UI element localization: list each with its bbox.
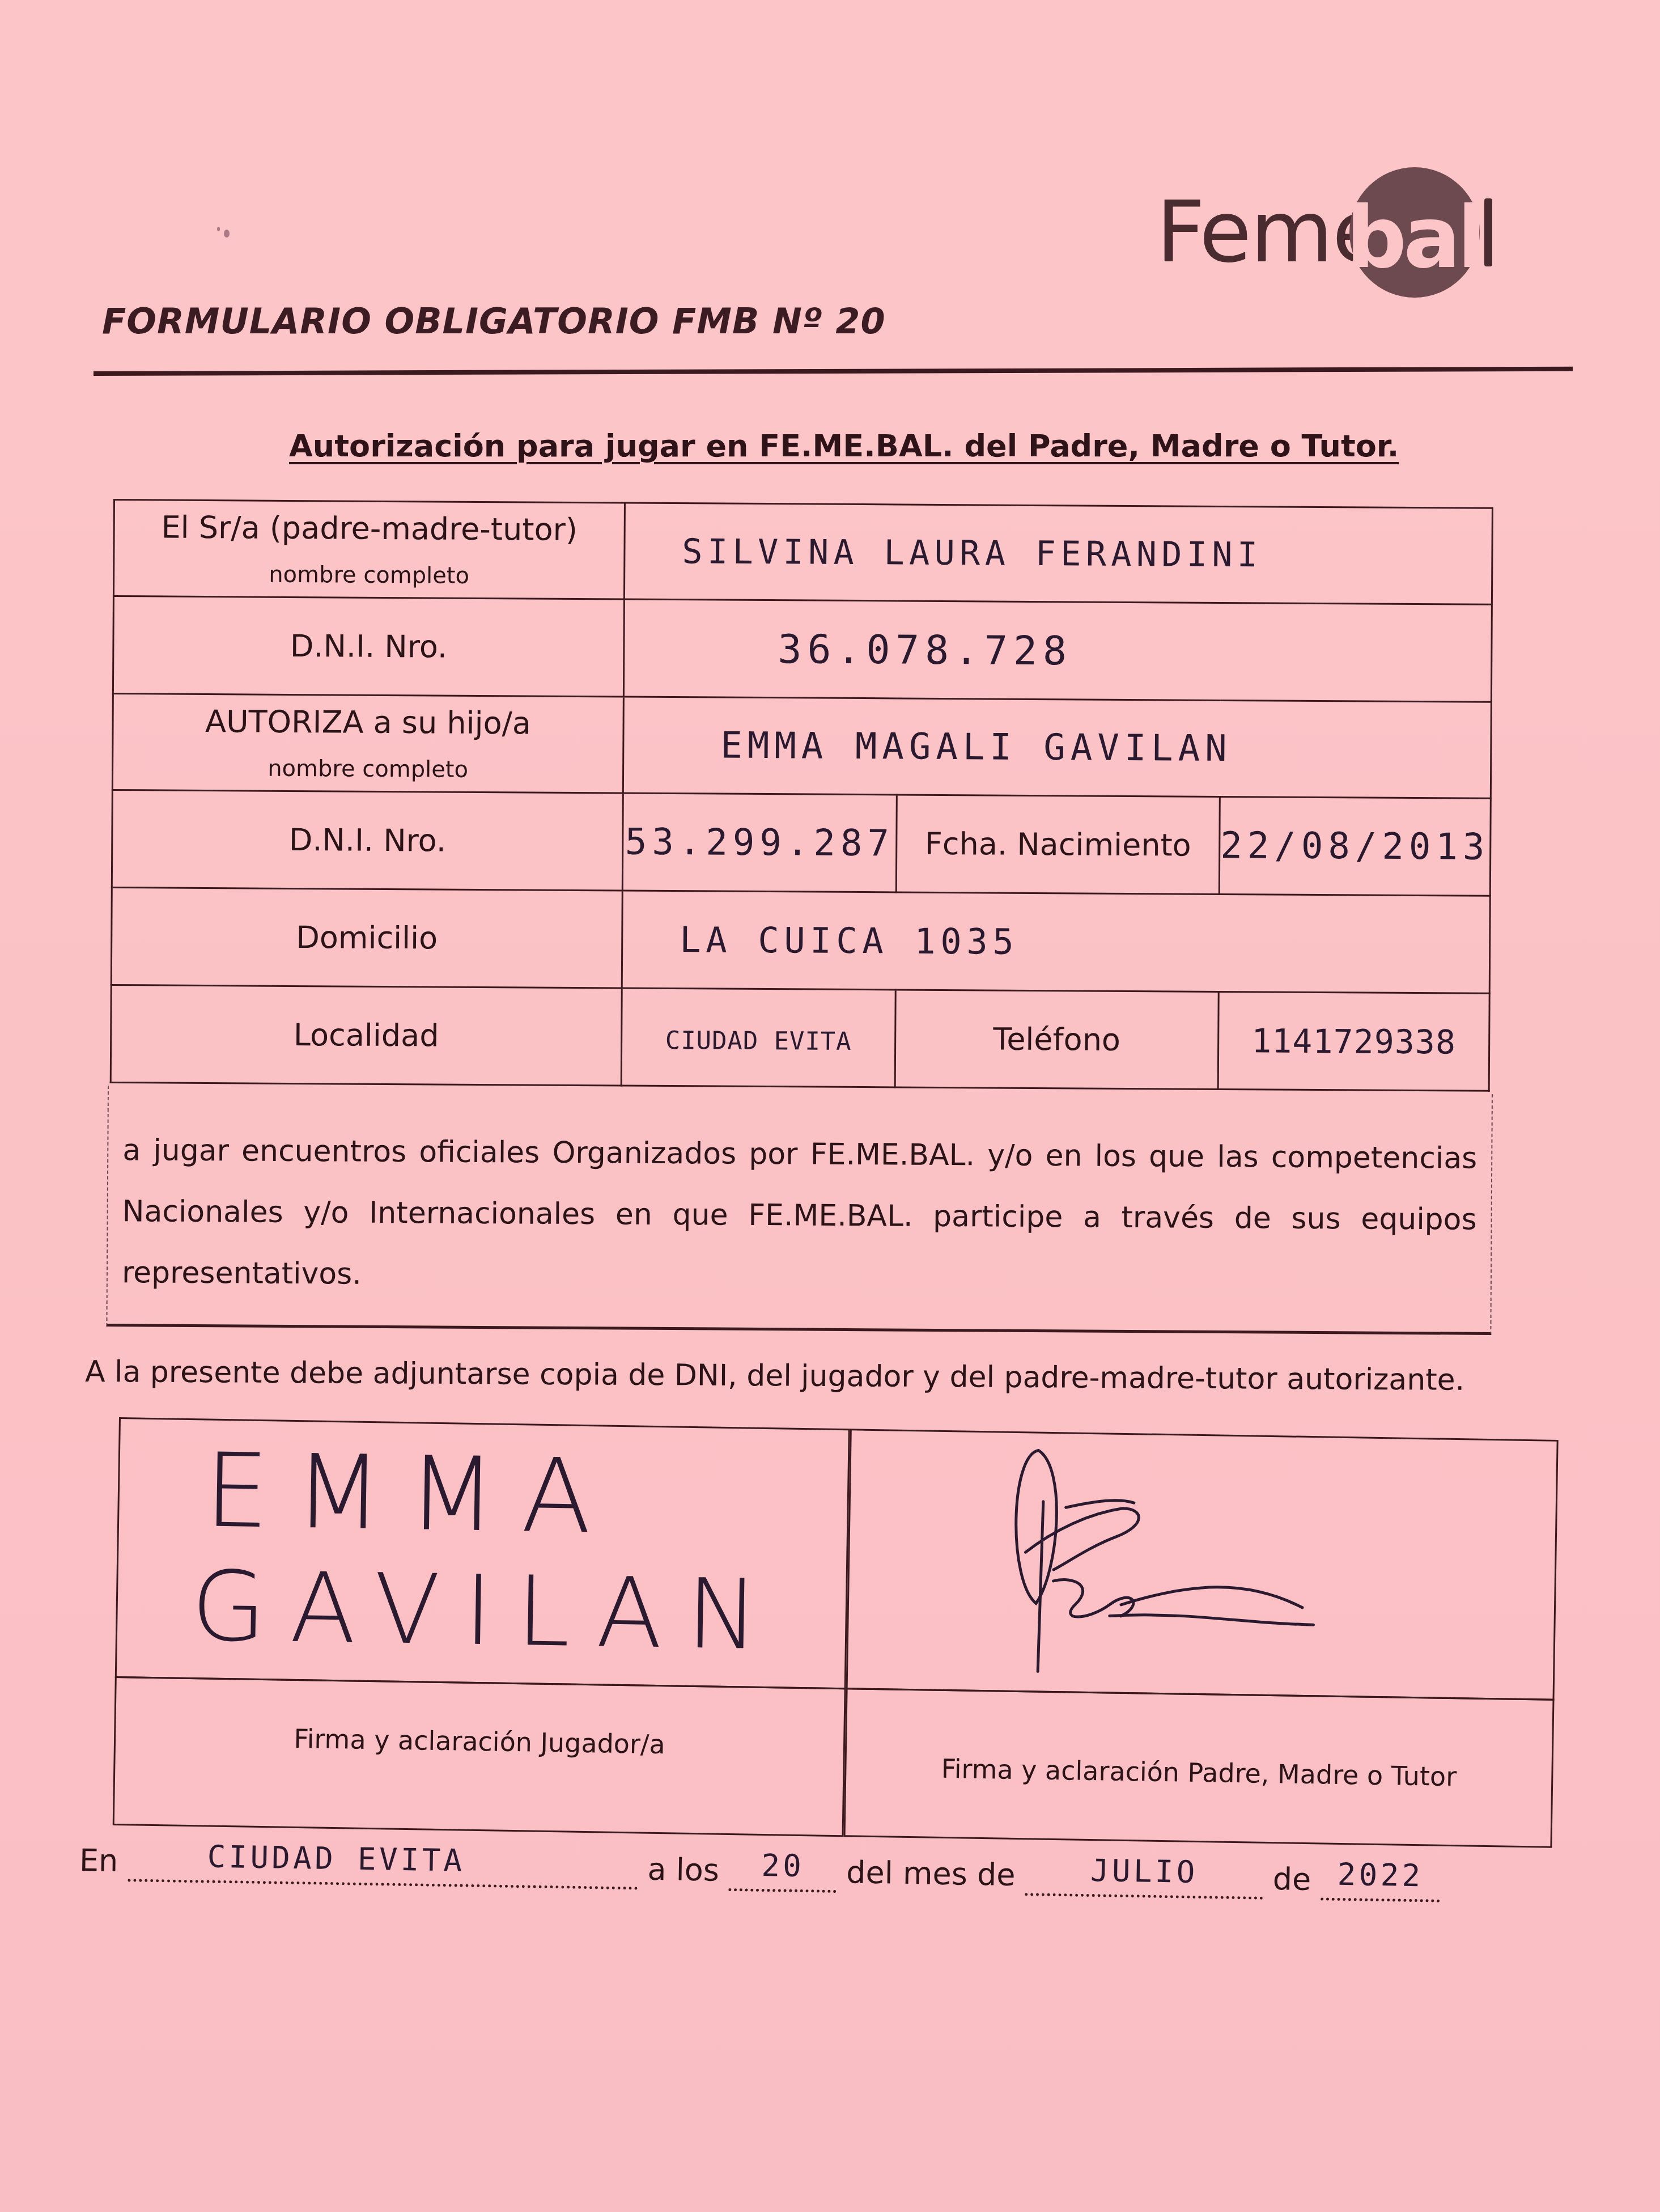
- phone-label: Teléfono: [895, 990, 1219, 1089]
- date-prefix: En: [79, 1842, 118, 1879]
- femebal-logo: Feme bal: [1156, 181, 1492, 283]
- attachment-note: A la presente debe adjuntarse copia de D…: [85, 1355, 1465, 1397]
- guardian-caption-cell: Firma y aclaración Padre, Madre o Tutor: [844, 1688, 1555, 1848]
- year-value: 2022: [1321, 1856, 1440, 1893]
- birth-date-label: Fcha. Nacimiento: [896, 795, 1220, 894]
- table-row-guardian-dni: D.N.I. Nro. 36.078.728: [113, 596, 1492, 702]
- place-value: CIUDAD EVITA: [128, 1837, 638, 1881]
- day-value: 20: [729, 1847, 837, 1884]
- birth-date-value: 22/08/2013: [1220, 824, 1489, 868]
- guardian-name-label-cell: El Sr/a (padre-madre-tutor) nombre compl…: [113, 500, 625, 600]
- locality-field[interactable]: CIUDAD EVITA: [621, 988, 895, 1087]
- month-field[interactable]: JULIO: [1025, 1857, 1263, 1900]
- child-dni-value: 53.299.287: [625, 821, 894, 865]
- table-row-child-name: AUTORIZA a su hijo/a nombre completo EMM…: [112, 694, 1491, 799]
- guardian-dni-value: 36.078.728: [778, 626, 1072, 674]
- authorization-text-box: a jugar encuentros oficiales Organizados…: [106, 1086, 1493, 1335]
- logo-bar: [1484, 198, 1492, 266]
- child-name-label-cell: AUTORIZA a su hijo/a nombre completo: [112, 694, 623, 794]
- player-signature-line2: GAVILAN: [190, 1550, 783, 1672]
- guardian-name-field[interactable]: SILVINA LAURA FERANDINI: [624, 503, 1492, 604]
- player-caption-cell: Firma y aclaración Jugador/a: [113, 1676, 846, 1837]
- table-row-locality: Localidad CIUDAD EVITA Teléfono 11417293…: [111, 985, 1489, 1091]
- form-subtitle: Autorización para jugar en FE.ME.BAL. de…: [289, 428, 1399, 464]
- ink-speck: [217, 227, 220, 231]
- guardian-dni-field[interactable]: 36.078.728: [623, 599, 1492, 702]
- table-row-address: Domicilio LA CUICA 1035: [111, 887, 1490, 993]
- address-label: Domicilio: [111, 887, 622, 988]
- authorization-table: El Sr/a (padre-madre-tutor) nombre compl…: [110, 499, 1493, 1092]
- a-los-label: a los: [647, 1851, 719, 1888]
- form-title: FORMULARIO OBLIGATORIO FMB Nº 20: [102, 300, 886, 342]
- signature-table: EMMA GAVILAN Firma y aclaración Jugador/…: [113, 1417, 1559, 1848]
- del-mes-de-label: del mes de: [846, 1854, 1016, 1893]
- player-signature-line1: EMMA: [203, 1431, 618, 1556]
- child-name-value: EMMA MAGALI GAVILAN: [720, 724, 1232, 770]
- guardian-signature-box[interactable]: [846, 1429, 1559, 1701]
- date-place-line: En CIUDAD EVITA a los 20 del mes de JULI…: [79, 1842, 1440, 1902]
- logo-ball-icon: bal: [1349, 167, 1480, 298]
- child-name-field[interactable]: EMMA MAGALI GAVILAN: [623, 697, 1491, 798]
- year-field[interactable]: 2022: [1321, 1862, 1440, 1902]
- guardian-signature-caption: Firma y aclaración Padre, Madre o Tutor: [846, 1752, 1552, 1794]
- month-value: JULIO: [1025, 1851, 1263, 1891]
- locality-value: CIUDAD EVITA: [665, 1026, 852, 1056]
- child-dni-label: D.N.I. Nro.: [112, 790, 623, 891]
- guardian-label: El Sr/a (padre-madre-tutor): [115, 509, 624, 548]
- title-divider: [94, 367, 1573, 376]
- table-row-guardian-name: El Sr/a (padre-madre-tutor) nombre compl…: [113, 500, 1492, 605]
- table-row-child-dni: D.N.I. Nro. 53.299.287 Fcha. Nacimiento …: [112, 790, 1491, 896]
- authorization-text: a jugar encuentros oficiales Organizados…: [122, 1120, 1478, 1312]
- guardian-dni-label: D.N.I. Nro.: [113, 596, 624, 697]
- player-signature-caption: Firma y aclaración Jugador/a: [116, 1721, 844, 1762]
- locality-label: Localidad: [111, 985, 622, 1086]
- child-sublabel: nombre completo: [113, 755, 622, 783]
- place-field[interactable]: CIUDAD EVITA: [128, 1843, 638, 1889]
- child-label: AUTORIZA a su hijo/a: [113, 703, 622, 741]
- ink-speck: [224, 230, 230, 238]
- guardian-sublabel: nombre completo: [114, 561, 623, 590]
- address-field[interactable]: LA CUICA 1035: [622, 891, 1490, 993]
- phone-value: 1141729338: [1251, 1022, 1456, 1061]
- guardian-name-value: SILVINA LAURA FERANDINI: [682, 532, 1262, 575]
- guardian-signature-scribble: [848, 1430, 1560, 1702]
- birth-date-field[interactable]: 22/08/2013: [1219, 796, 1491, 896]
- player-signature-box[interactable]: EMMA GAVILAN: [115, 1417, 850, 1689]
- day-field[interactable]: 20: [729, 1853, 837, 1893]
- child-dni-field[interactable]: 53.299.287: [622, 793, 897, 892]
- address-value: LA CUICA 1035: [680, 919, 1019, 963]
- phone-field[interactable]: 1141729338: [1218, 991, 1489, 1091]
- de-label: de: [1272, 1861, 1311, 1897]
